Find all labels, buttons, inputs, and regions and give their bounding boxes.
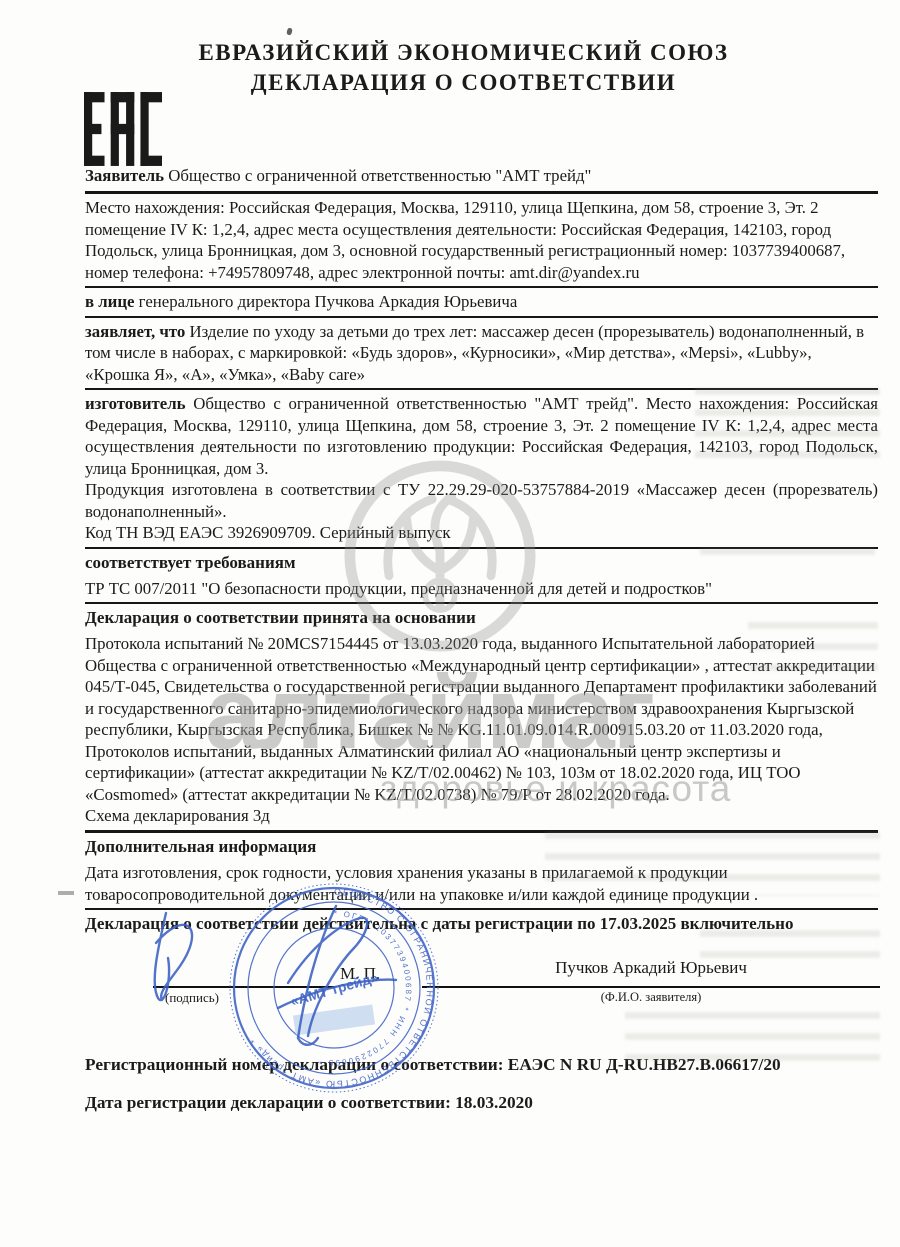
section-validity: Декларация о соответствии действительна … [85,910,878,938]
basis-header: Декларация о соответствии принята на осн… [85,607,878,629]
additional-header: Дополнительная информация [85,836,878,858]
signature-caption: (подпись) [165,990,219,1006]
section-basis: Декларация о соответствии принята на осн… [85,604,878,833]
declares-text: Изделие по уходу за детьми до трех лет: … [85,322,864,384]
section-applicant: Заявитель Общество с ограниченной ответс… [85,162,878,195]
section-additional-info: Дополнительная информация Дата изготовле… [85,833,878,910]
name-line [422,986,880,988]
address-text: Место нахождения: Российская Федерация, … [85,197,878,283]
signature-line [153,986,335,988]
section-represented-by: в лице генерального директора Пучкова Ар… [85,288,878,318]
document-body: ЕВРАЗИЙСКИЙ ЭКОНОМИЧЕСКИЙ СОЮЗ ДЕКЛАРАЦИ… [85,0,878,1114]
applicant-label: Заявитель [85,166,164,185]
section-declares: заявляет, что Изделие по уходу за детьми… [85,318,878,391]
signature-block: (подпись) М. П. Пучков Аркадий Юрьевич (… [85,946,878,1054]
manufacturer-text: Общество с ограниченной ответственностью… [85,394,878,478]
registration-number-text: Регистрационный номер декларации о соотв… [85,1054,878,1076]
declaration-document: ЕВРАЗИЙСКИЙ ЭКОНОМИЧЕСКИЙ СОЮЗ ДЕКЛАРАЦИ… [0,0,900,1247]
represented-text: генерального директора Пучкова Аркадия Ю… [139,292,518,311]
stamp-place-label: М. П. [340,964,380,984]
complies-header: соответствует требованиям [85,552,878,574]
basis-text: Протокола испытаний № 20MCS7154445 от 13… [85,633,878,805]
manufacturer-label: изготовитель [85,394,186,413]
tnved-code-text: Код ТН ВЭД ЕАЭС 3926909709. Серийный вып… [85,522,878,544]
section-manufacturer: изготовитель Общество с ограниченной отв… [85,390,878,549]
registration-date-text: Дата регистрации декларации о соответств… [85,1092,878,1114]
document-title: ЕВРАЗИЙСКИЙ ЭКОНОМИЧЕСКИЙ СОЮЗ ДЕКЛАРАЦИ… [67,38,860,98]
scheme-text: Схема декларирования 3д [85,805,878,827]
additional-text: Дата изготовления, срок годности, услови… [85,862,878,905]
tu-text: Продукция изготовлена в соответствии с Т… [85,479,878,522]
title-line-2: ДЕКЛАРАЦИЯ О СООТВЕТСТВИИ [67,68,860,98]
section-address: Место нахождения: Российская Федерация, … [85,194,878,288]
section-complies: соответствует требованиям ТР ТС 007/2011… [85,549,878,605]
name-caption: (Ф.И.О. заявителя) [422,990,880,1005]
complies-text: ТР ТС 007/2011 "О безопасности продукции… [85,578,878,600]
represented-label: в лице [85,292,134,311]
declares-label: заявляет, что [85,322,185,341]
title-line-1: ЕВРАЗИЙСКИЙ ЭКОНОМИЧЕСКИЙ СОЮЗ [67,38,860,68]
validity-text: Декларация о соответствии действительна … [85,913,878,935]
applicant-name: Пучков Аркадий Юрьевич [422,958,880,978]
scan-artifact-dash [58,891,74,895]
applicant-text: Общество с ограниченной ответственностью… [168,166,591,185]
